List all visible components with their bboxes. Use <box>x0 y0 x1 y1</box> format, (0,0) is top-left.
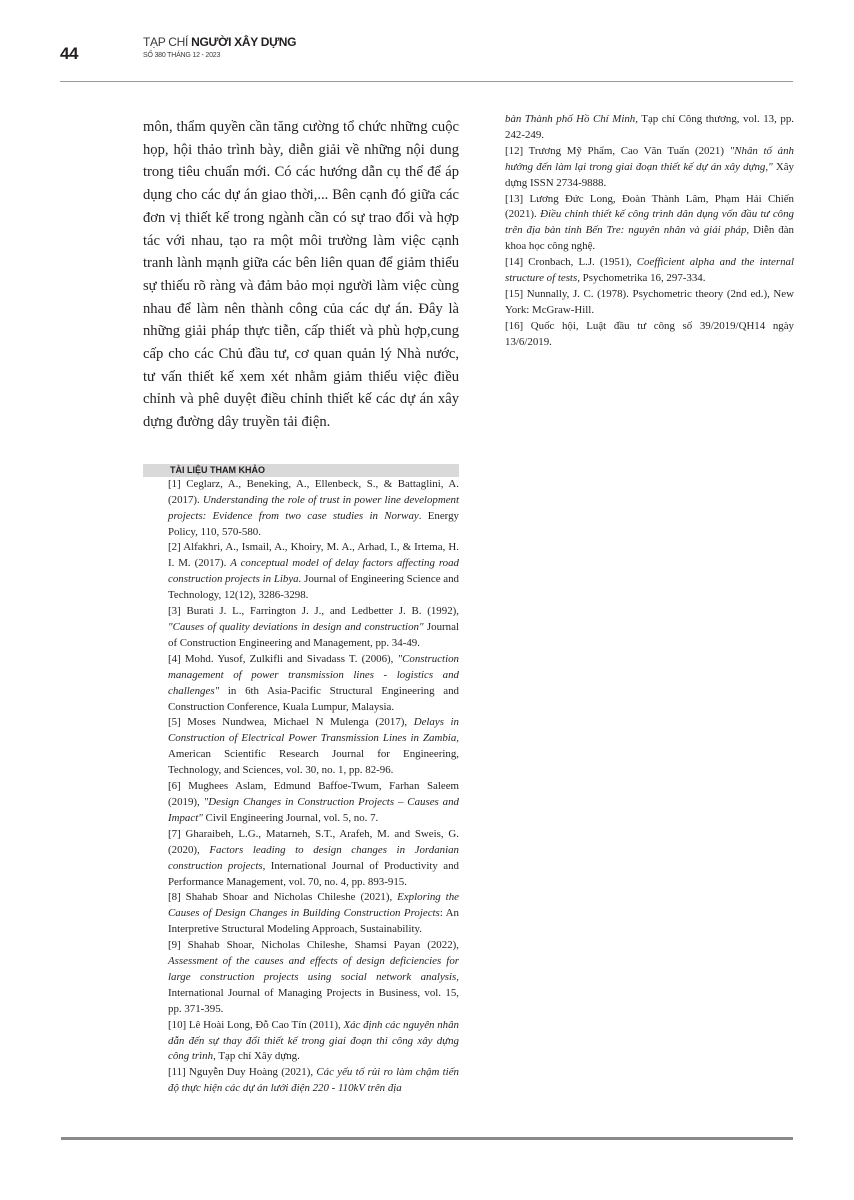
issue-info: SỐ 380 THÁNG 12 - 2023 <box>143 51 296 61</box>
reference-item: [16] Quốc hội, Luật đầu tư công số 39/20… <box>505 319 794 351</box>
reference-item: [10] Lê Hoài Long, Đỗ Cao Tín (2011), Xá… <box>168 1018 459 1066</box>
page-number: 44 <box>60 44 78 64</box>
reference-item: [6] Mughees Aslam, Edmund Baffoe-Twum, F… <box>168 779 459 827</box>
reference-item: [13] Lương Đức Long, Đoàn Thành Lâm, Phạ… <box>505 192 794 256</box>
left-column: môn, thẩm quyền cần tăng cường tổ chức n… <box>143 116 459 1097</box>
reference-item: [4] Mohd. Yusof, Zulkifli and Sivadass T… <box>168 652 459 716</box>
reference-item: [2] Alfakhri, A., Ismail, A., Khoiry, M.… <box>168 540 459 604</box>
body-paragraph: môn, thẩm quyền cần tăng cường tổ chức n… <box>143 116 459 434</box>
journal-prefix: TẠP CHÍ <box>143 35 188 49</box>
footer-divider <box>61 1137 793 1140</box>
reference-item: [7] Gharaibeh, L.G., Matarneh, S.T., Ara… <box>168 827 459 891</box>
reference-item: [14] Cronbach, L.J. (1951), Coefficient … <box>505 255 794 287</box>
journal-name: NGƯỜI XÂY DỰNG <box>191 35 296 49</box>
reference-item: bàn Thành phố Hồ Chí Minh, Tạp chí Công … <box>505 112 794 144</box>
right-column: bàn Thành phố Hồ Chí Minh, Tạp chí Công … <box>505 112 794 351</box>
references-list: [1] Ceglarz, A., Beneking, A., Ellenbeck… <box>143 477 459 1097</box>
reference-item: [12] Trương Mỹ Phẩm, Cao Văn Tuấn (2021)… <box>505 144 794 192</box>
reference-item: [8] Shahab Shoar and Nicholas Chileshe (… <box>168 890 459 938</box>
reference-item: [5] Moses Nundwea, Michael N Mulenga (20… <box>168 715 459 779</box>
journal-title: TẠP CHÍ NGƯỜI XÂY DỰNG <box>143 35 296 49</box>
references-heading: TÀI LIỆU THAM KHẢO <box>143 464 459 477</box>
masthead: TẠP CHÍ NGƯỜI XÂY DỰNG SỐ 380 THÁNG 12 -… <box>143 35 296 61</box>
reference-item: [11] Nguyễn Duy Hoàng (2021), Các yếu tố… <box>168 1065 459 1097</box>
header-divider <box>60 81 793 82</box>
reference-item: [1] Ceglarz, A., Beneking, A., Ellenbeck… <box>168 477 459 541</box>
reference-item: [3] Burati J. L., Farrington J. J., and … <box>168 604 459 652</box>
reference-item: [15] Nunnally, J. C. (1978). Psychometri… <box>505 287 794 319</box>
reference-item: [9] Shahab Shoar, Nicholas Chileshe, Sha… <box>168 938 459 1018</box>
